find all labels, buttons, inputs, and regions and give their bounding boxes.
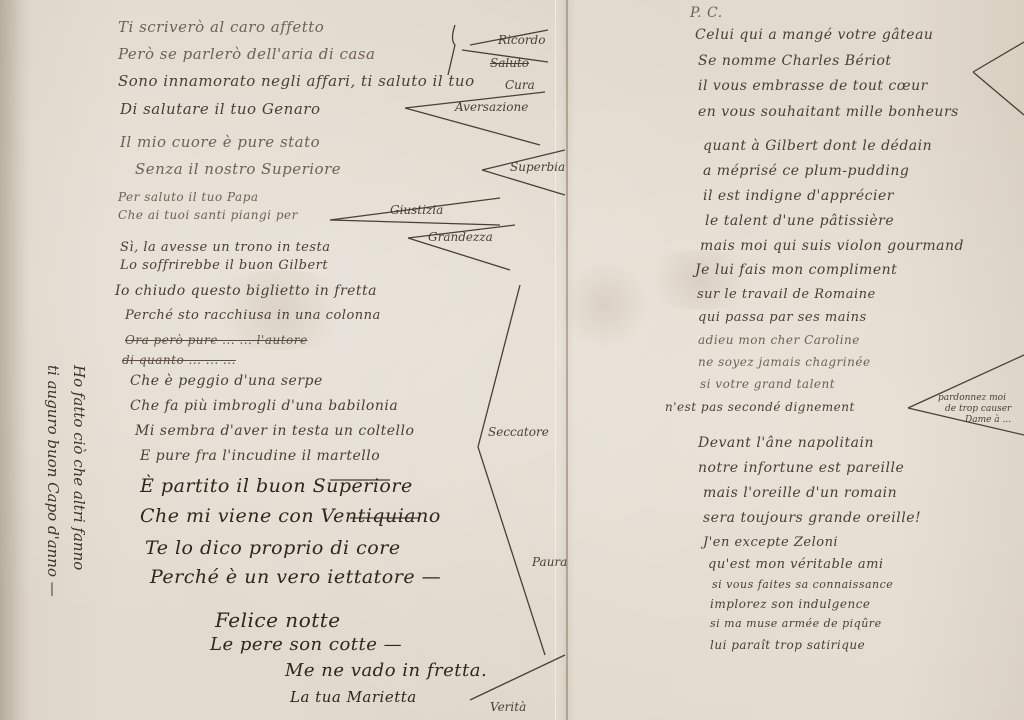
right-s2-line-10: ne soyez jamais chagrinée xyxy=(698,355,871,369)
right-s2-line-3: il est indigne d'apprécier xyxy=(703,188,894,204)
right-s3-line-3: mais l'oreille d'un romain xyxy=(703,485,897,501)
manuscript-sheet: Ti scriverò al caro affetto Però se parl… xyxy=(0,0,1024,720)
left-line-1: Ti scriverò al caro affetto xyxy=(118,18,324,36)
left-line-9: Sì, la avesse un trono in testa xyxy=(120,240,331,255)
right-s1-line-3: il vous embrasse de tout cœur xyxy=(698,78,928,94)
annotation-aversazione: Aversazione xyxy=(455,100,528,114)
annotation-ricordo: Ricordo xyxy=(498,33,545,47)
left-line-3: Sono innamorato negli affari, ti saluto … xyxy=(118,72,475,90)
left-line-12: Perché sto racchiusa in una colonna xyxy=(125,308,381,323)
annotation-paura: Paura xyxy=(532,555,567,569)
right-s1-line-1: Celui qui a mangé votre gâteau xyxy=(695,27,933,43)
right-annotation-2: de trop causer xyxy=(945,404,1011,414)
vertical-line-2: ti auguro buon Capo d'anno — xyxy=(44,365,62,597)
left-line-16: E pure fra l'incudine il martello xyxy=(140,448,380,464)
left-line-5: Il mio cuore è pure stato xyxy=(120,133,320,151)
right-s2-line-8: qui passa par ses mains xyxy=(698,310,867,325)
right-s3-line-4: sera toujours grande oreille! xyxy=(703,510,921,526)
right-s2-line-11: si votre grand talent xyxy=(700,377,835,391)
left-line-15: Mi sembra d'aver in testa un coltello xyxy=(135,423,414,439)
left-line-20: Perché è un vero iettatore — xyxy=(150,566,441,588)
right-s1-line-2: Se nomme Charles Bériot xyxy=(698,53,892,69)
struck-line-1: Ora però pure ... ... l'autore xyxy=(125,333,308,347)
left-line-13: Che è peggio d'una serpe xyxy=(130,373,323,389)
right-annotation-1: pardonnez moi xyxy=(938,393,1006,403)
right-s2-line-6: Je lui fais mon compliment xyxy=(695,262,897,278)
right-s2-line-7: sur le travail de Romaine xyxy=(697,287,876,302)
closing-felice-notte: Felice notte xyxy=(215,608,341,632)
closing-vado-fretta: Me ne vado in fretta. xyxy=(285,660,487,681)
left-line-19: Te lo dico proprio di core xyxy=(145,537,401,559)
left-line-11: Io chiudo questo biglietto in fretta xyxy=(115,283,377,299)
right-s3-line-5: J'en excepte Zeloni xyxy=(703,535,838,550)
right-s3-line-9: si ma muse armée de piqûre xyxy=(710,617,882,630)
right-s3-line-8: implorez son indulgence xyxy=(710,597,871,611)
right-s2-line-5: mais moi qui suis violon gourmand xyxy=(700,238,964,254)
right-s3-line-2: notre infortune est pareille xyxy=(698,460,904,476)
left-line-18: Che mi viene con Ventiquiano xyxy=(140,505,441,527)
left-line-8: Che ai tuoi santi piangi per xyxy=(118,208,298,222)
vertical-margin-note: Ho fatto ciò che altri fanno ti auguro b… xyxy=(40,365,92,597)
right-s1-line-4: en vous souhaitant mille bonheurs xyxy=(698,104,959,120)
left-line-7: Per saluto il tuo Papa xyxy=(118,190,259,204)
right-s2-line-9: adieu mon cher Caroline xyxy=(698,333,860,347)
left-line-10: Lo soffrirebbe il buon Gilbert xyxy=(120,258,328,273)
left-line-17: È partito il buon Superiore xyxy=(140,475,413,497)
annotation-saluto: Saluto xyxy=(490,56,529,70)
annotation-seccatore: Seccatore xyxy=(488,425,549,439)
annotation-grandezza: Grandezza xyxy=(428,230,493,244)
left-line-4: Di salutare il tuo Genaro xyxy=(120,100,321,118)
right-s3-line-10: lui paraît trop satirique xyxy=(710,638,865,652)
annotation-cura: Cura xyxy=(505,78,535,92)
annotation-giustizia: Giustizia xyxy=(390,203,443,217)
right-s2-line-1: quant à Gilbert dont le dédain xyxy=(703,138,932,154)
right-annotation-3: Dame à ... xyxy=(965,415,1011,425)
annotation-verita: Verità xyxy=(490,700,526,714)
right-s2-line-2: a méprisé ce plum-pudding xyxy=(703,163,909,179)
closing-pere-cotte: Le pere son cotte — xyxy=(210,634,402,655)
vertical-line-1: Ho fatto ciò che altri fanno xyxy=(70,365,88,570)
right-s2-line-12: n'est pas secondé dignement xyxy=(665,400,855,414)
right-s3-line-7: si vous faites sa connaissance xyxy=(712,578,893,591)
right-s3-line-1: Devant l'âne napolitain xyxy=(698,435,874,451)
struck-line-2: di quanto ... ... ... xyxy=(122,353,236,367)
right-heading-pc: P. C. xyxy=(690,5,723,21)
signature-marietta: La tua Marietta xyxy=(290,688,417,706)
left-line-14: Che fa più imbrogli d'una babilonia xyxy=(130,398,398,414)
left-line-6: Senza il nostro Superiore xyxy=(135,160,341,178)
right-s2-line-4: le talent d'une pâtissière xyxy=(705,213,894,229)
annotation-superbia: Superbia xyxy=(510,160,565,174)
right-s3-line-6: qu'est mon véritable ami xyxy=(708,557,884,572)
left-line-2: Però se parlerò dell'aria di casa xyxy=(118,45,375,63)
